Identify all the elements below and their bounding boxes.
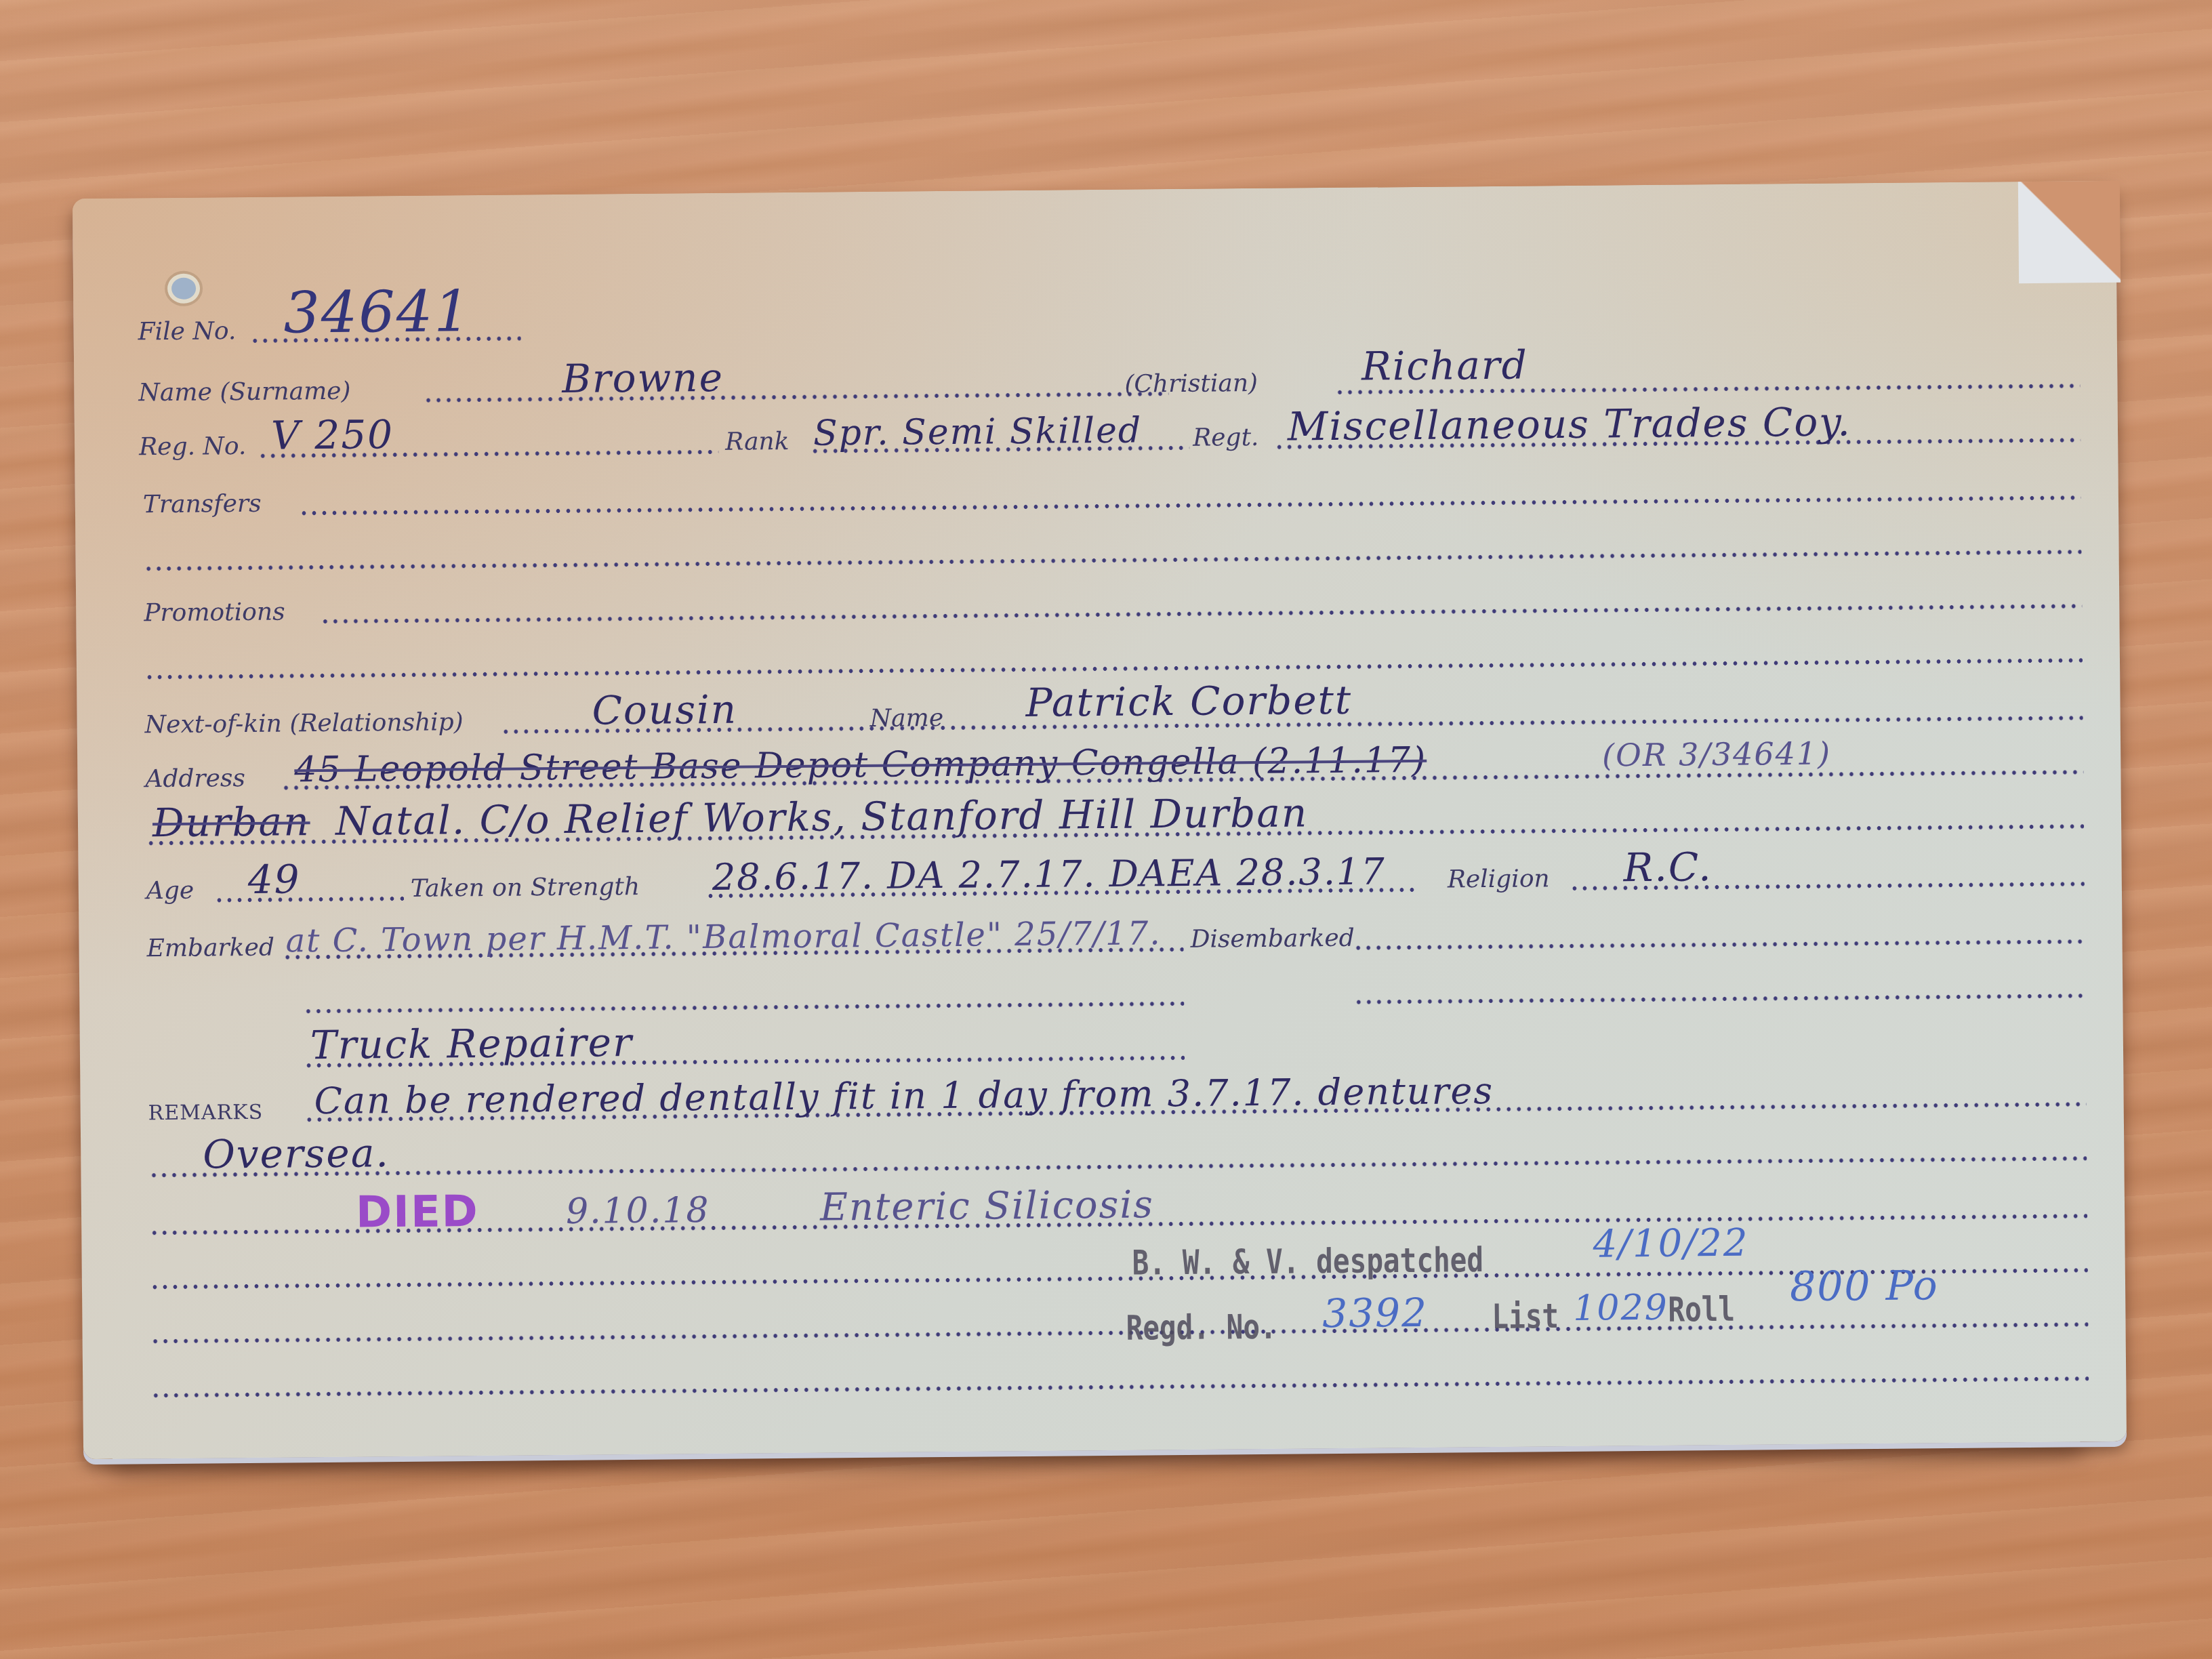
address-struck-city: Durban: [152, 798, 310, 846]
christian-value: Richard: [1361, 342, 1528, 389]
age-value: 49: [247, 856, 300, 903]
age-label: Age: [146, 877, 194, 905]
list-label: List: [1492, 1296, 1559, 1336]
roll-label: Roll: [1668, 1290, 1735, 1330]
remarks-line-2: Oversea.: [203, 1130, 390, 1177]
died-stamp: DIED: [356, 1187, 479, 1238]
embarked-value: at C. Town per H.M.T. "Balmoral Castle" …: [285, 914, 1161, 960]
address-note: (OR 3/34641): [1602, 735, 1831, 774]
dotted-line: [1353, 939, 2085, 950]
regt-label: Regt.: [1193, 424, 1259, 452]
list-no-value: 1029: [1573, 1288, 1668, 1329]
bwv-despatched-date: 4/10/22: [1593, 1221, 1748, 1267]
dotted-line: [214, 896, 404, 903]
file-no-label: File No.: [138, 317, 236, 346]
trade-value: Truck Repairer: [310, 1019, 633, 1068]
taken-on-strength-label: Taken on Strength: [411, 873, 640, 903]
dotted-line: [1353, 993, 2085, 1004]
relationship-value: Cousin: [592, 687, 737, 734]
promotions-label: Promotions: [144, 598, 285, 627]
regd-no-value: 3392: [1322, 1290, 1428, 1336]
file-no-row: File No. 34641: [73, 283, 2117, 354]
disembarked-label: Disembarked: [1190, 924, 1355, 954]
roll-no-value: 800 Po: [1790, 1262, 1939, 1311]
dotted-line: [144, 657, 2083, 680]
next-of-kin-label: Next-of-kin (Relationship): [145, 708, 464, 739]
christian-label: (Christian): [1124, 369, 1258, 398]
transfers-label: Transfers: [143, 490, 262, 519]
service-record-card: File No. 34641 Name (Surname) Browne (Ch…: [73, 181, 2127, 1459]
rank-value: Spr. Semi Skilled: [813, 410, 1143, 453]
dotted-line: [150, 1376, 2089, 1398]
surname-label: Name (Surname): [138, 377, 350, 407]
bwv-despatched-label: B. W. & V. despatched: [1132, 1240, 1483, 1283]
dotted-line: [148, 1155, 2087, 1178]
address-value: Natal. C/o Relief Works, Stanford Hill D…: [335, 790, 1309, 844]
dotted-line: [424, 391, 1169, 403]
regt-value: Miscellaneous Trades Coy.: [1288, 398, 1851, 449]
embarked-label: Embarked: [146, 934, 274, 963]
punch-hole: [171, 278, 196, 300]
religion-label: Religion: [1448, 865, 1550, 893]
regd-no-label: Regd. No.: [1126, 1307, 1277, 1348]
remarks-line-1: Can be rendered dentally fit in 1 day fr…: [314, 1069, 1494, 1122]
reg-no-value: V 250: [271, 411, 394, 459]
surname-value: Browne: [562, 354, 724, 402]
rank-label: Rank: [725, 428, 790, 456]
death-date: 9.10.18: [566, 1190, 710, 1232]
kin-name-value: Patrick Corbett: [1025, 677, 1352, 726]
address-struck-value: 45 Leopold Street Base Depot Company Con…: [294, 740, 1427, 791]
dotted-line: [303, 1001, 1184, 1014]
death-cause: Enteric Silicosis: [820, 1183, 1155, 1229]
address-label: Address: [145, 764, 245, 793]
taken-on-strength-value: 28.6.17. DA 2.7.17. DAEA 28.3.17: [712, 850, 1385, 899]
kin-name-label: Name: [870, 704, 944, 733]
file-no-value: 34641: [283, 278, 472, 346]
reg-no-label: Reg. No.: [139, 432, 247, 461]
torn-corner: [2018, 181, 2121, 283]
religion-value: R.C.: [1623, 844, 1712, 890]
remarks-label: REMARKS: [148, 1101, 264, 1125]
